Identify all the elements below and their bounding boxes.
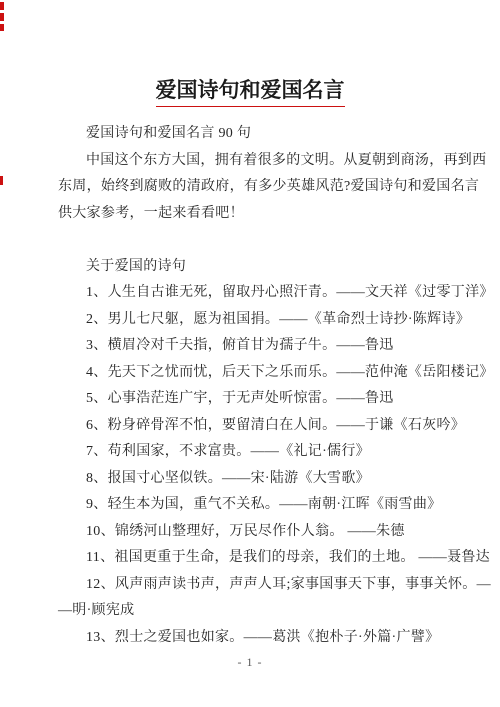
clipped-red-mark bbox=[0, 13, 4, 21]
page-number: - 1 - bbox=[0, 655, 500, 670]
text-line: 8、报国寸心坚似铁。——宋·陆游《大雪歌》 bbox=[58, 466, 472, 493]
text-line: 中国这个东方大国，拥有着很多的文明。从夏朝到商汤，再到西 bbox=[58, 148, 472, 175]
text-line: 关于爱国的诗句 bbox=[58, 254, 472, 281]
text-line: 10、锦绣河山整理好，万民尽作仆人翁。 ——朱德 bbox=[58, 519, 472, 546]
document-page: 爱国诗句和爱国名言 爱国诗句和爱国名言 90 句中国这个东方大国，拥有着很多的文… bbox=[0, 0, 500, 651]
text-line: 11、祖国更重于生命，是我们的母亲，我们的土地。 ——聂鲁达 bbox=[58, 545, 472, 572]
text-line: 5、心事浩茫连广宇，于无声处听惊雷。——鲁迅 bbox=[58, 386, 472, 413]
text-line: 1、人生自古谁无死，留取丹心照汗青。——文天祥《过零丁洋》 bbox=[58, 280, 472, 307]
text-line bbox=[58, 227, 472, 254]
document-title-text: 爱国诗句和爱国名言 bbox=[156, 76, 345, 107]
clipped-red-mark bbox=[0, 2, 4, 10]
text-line: 12、风声雨声读书声，声声人耳;家事国事天下事，事事关怀。— bbox=[58, 572, 472, 599]
text-line: 6、粉身碎骨浑不怕，要留清白在人间。——于谦《石灰吟》 bbox=[58, 413, 472, 440]
clipped-red-mark bbox=[0, 176, 3, 185]
text-line: —明·顾宪成 bbox=[58, 598, 472, 625]
text-line: 7、苟利国家，不求富贵。——《礼记·儒行》 bbox=[58, 439, 472, 466]
content-lines: 爱国诗句和爱国名言 90 句中国这个东方大国，拥有着很多的文明。从夏朝到商汤，再… bbox=[58, 121, 472, 651]
text-line: 3、横眉冷对千夫指，俯首甘为孺子牛。——鲁迅 bbox=[58, 333, 472, 360]
text-line: 东周，始终到腐败的清政府，有多少英雄风范?爱国诗句和爱国名言 bbox=[58, 174, 472, 201]
text-line: 13、烈士之爱国也如家。——葛洪《抱朴子·外篇·广譬》 bbox=[58, 625, 472, 652]
text-line: 4、先天下之忧而忧，后天下之乐而乐。——范仲淹《岳阳楼记》 bbox=[58, 360, 472, 387]
text-line: 2、男儿七尺躯，愿为祖国捐。——《革命烈士诗抄·陈辉诗》 bbox=[58, 307, 472, 334]
clipped-red-mark bbox=[0, 24, 4, 31]
document-title: 爱国诗句和爱国名言 bbox=[0, 76, 500, 107]
text-line: 9、轻生本为国，重气不关私。——南朝·江晖《雨雪曲》 bbox=[58, 492, 472, 519]
text-line: 爱国诗句和爱国名言 90 句 bbox=[58, 121, 472, 148]
text-line: 供大家参考，一起来看看吧！ bbox=[58, 201, 472, 228]
